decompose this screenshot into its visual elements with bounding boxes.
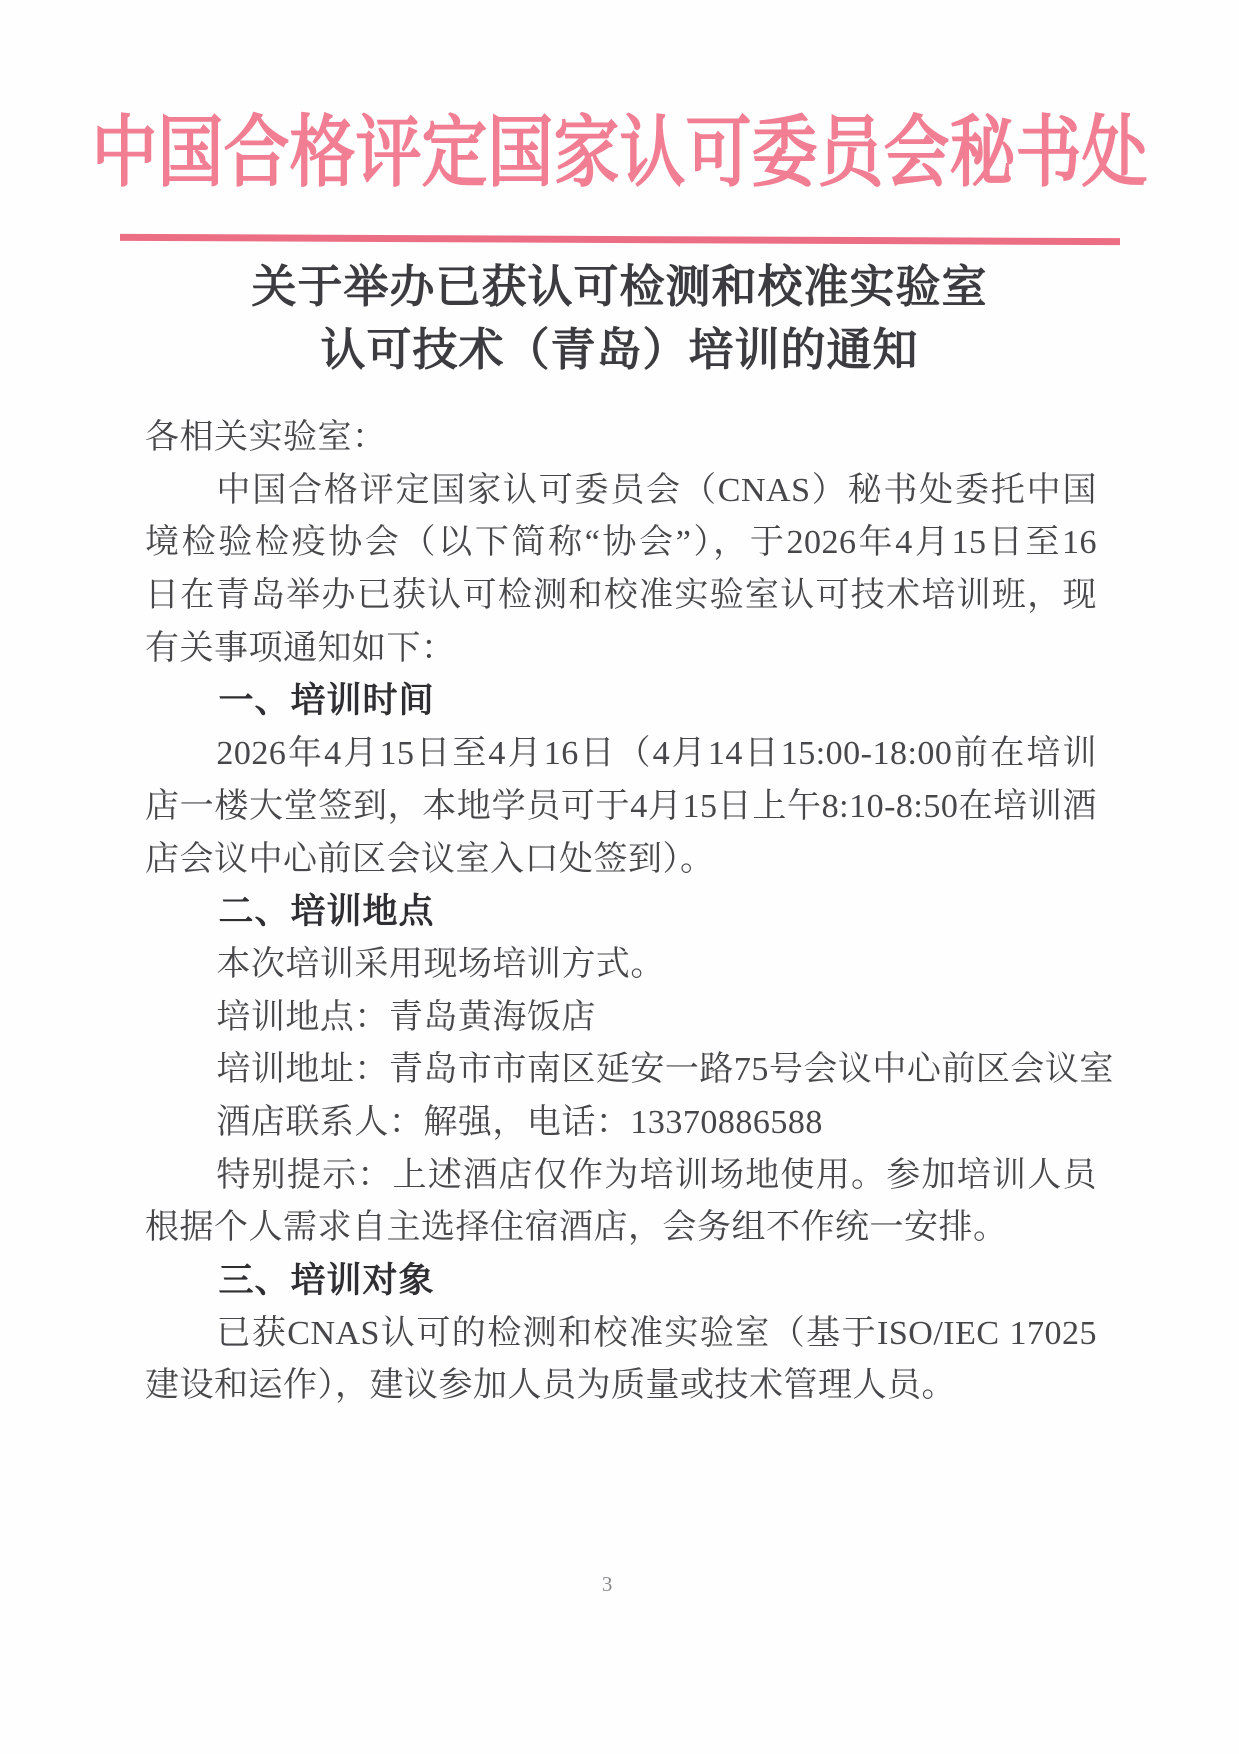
document-title-line-1: 关于举办已获认可检测和校准实验室 (0, 256, 1239, 319)
letterhead-org-name: 中国合格评定国家认可委员会秘书处 (92, 89, 1148, 201)
section-heading: 三、培训对象 (145, 1255, 1097, 1308)
body-line: 本次培训采用现场培训方式。 (145, 939, 1097, 992)
document-title-line-2: 认可技术（青岛）培训的通知 (0, 319, 1239, 382)
body-line: 有关事项通知如下： (145, 623, 1097, 676)
page-number: 3 (0, 1572, 1214, 1597)
body-line: 店会议中心前区会议室入口处签到）。 (145, 834, 1097, 887)
body-line: 日在青岛举办已获认可检测和校准实验室认可技术培训班，现将 (145, 570, 1097, 623)
document-title: 关于举办已获认可检测和校准实验室 认可技术（青岛）培训的通知 (0, 256, 1239, 382)
section-heading: 二、培训地点 (145, 886, 1097, 939)
body-line: 特别提示：上述酒店仅作为培训场地使用。参加培训人员可 (145, 1150, 1097, 1203)
body-line: 酒店联系人：解强，电话：13370886588 (145, 1097, 1097, 1150)
body-line: 2026年4月15日至4月16日（4月14日15:00-18:00前在培训酒 (145, 728, 1097, 781)
letterhead-divider-line (120, 234, 1120, 245)
body-line: 各相关实验室： (145, 412, 1097, 465)
body-line: 培训地点：青岛黄海饭店 (145, 992, 1097, 1045)
body-line: 中国合格评定国家认可委员会（CNAS）秘书处委托中国出入 (145, 465, 1097, 518)
body-line: 境检验检疫协会（以下简称“协会”），于2026年4月15日至16 (145, 517, 1097, 570)
document-body: 各相关实验室：中国合格评定国家认可委员会（CNAS）秘书处委托中国出入境检验检疫… (145, 412, 1097, 1413)
body-line: 根据个人需求自主选择住宿酒店，会务组不作统一安排。 (145, 1202, 1097, 1255)
letterhead: 中国合格评定国家认可委员会秘书处 (0, 98, 1239, 193)
body-line: 培训地址：青岛市市南区延安一路75号会议中心前区会议室 (145, 1044, 1097, 1097)
section-heading: 一、培训时间 (145, 675, 1097, 728)
body-line: 店一楼大堂签到，本地学员可于4月15日上午8:10-8:50在培训酒 (145, 781, 1097, 834)
scanned-notice-page: 中国合格评定国家认可委员会秘书处 关于举办已获认可检测和校准实验室 认可技术（青… (0, 0, 1239, 1754)
body-line: 建设和运作），建议参加人员为质量或技术管理人员。 (145, 1360, 1097, 1413)
body-line: 已获CNAS认可的检测和校准实验室（基于ISO/IEC 17025体系 (145, 1308, 1097, 1361)
